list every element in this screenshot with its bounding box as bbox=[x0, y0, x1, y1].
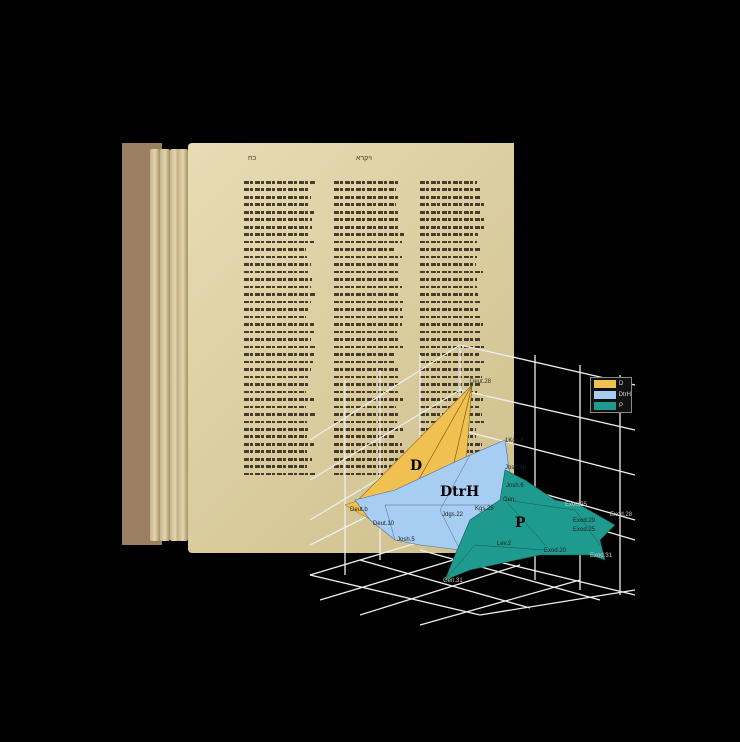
hull-label-p: P bbox=[515, 515, 526, 531]
3d-plot bbox=[0, 0, 740, 742]
hull-label-d: D bbox=[410, 458, 422, 474]
legend-item-d: D bbox=[591, 379, 631, 389]
point-label: Gen. bbox=[503, 497, 516, 503]
point-label: Exod.29 bbox=[573, 518, 595, 524]
point-label: Exod.31 bbox=[590, 553, 612, 559]
legend-swatch bbox=[594, 402, 616, 410]
legend-swatch bbox=[594, 391, 616, 399]
point-label: Kgs.28 bbox=[475, 506, 494, 512]
point-label: Exod.28 bbox=[610, 512, 632, 518]
hull-label-dtrh: DtrH bbox=[440, 484, 479, 500]
point-label: Deut.b bbox=[350, 507, 368, 513]
point-label: Josh.6 bbox=[506, 483, 524, 489]
legend-item-dtrh: DtrH bbox=[591, 390, 631, 400]
point-label: Jdgs.22 bbox=[442, 512, 463, 518]
point-label: Josh.18 bbox=[505, 465, 526, 471]
point-label: Exod.35 bbox=[565, 502, 587, 508]
point-label: Deut.10 bbox=[373, 521, 394, 527]
legend-swatch bbox=[594, 380, 616, 388]
point-label: Lev.2 bbox=[497, 541, 511, 547]
chart-legend: D DtrH P bbox=[590, 377, 632, 413]
point-label: Josh.5 bbox=[397, 537, 415, 543]
legend-item-p: P bbox=[591, 401, 631, 411]
point-label: Gen.31 bbox=[443, 578, 463, 584]
point-label: Exod.20 bbox=[544, 548, 566, 554]
point-label: Exod.25 bbox=[573, 527, 595, 533]
point-label: 1Kgs.8 bbox=[505, 438, 524, 444]
point-label: Deut.28 bbox=[470, 379, 491, 385]
